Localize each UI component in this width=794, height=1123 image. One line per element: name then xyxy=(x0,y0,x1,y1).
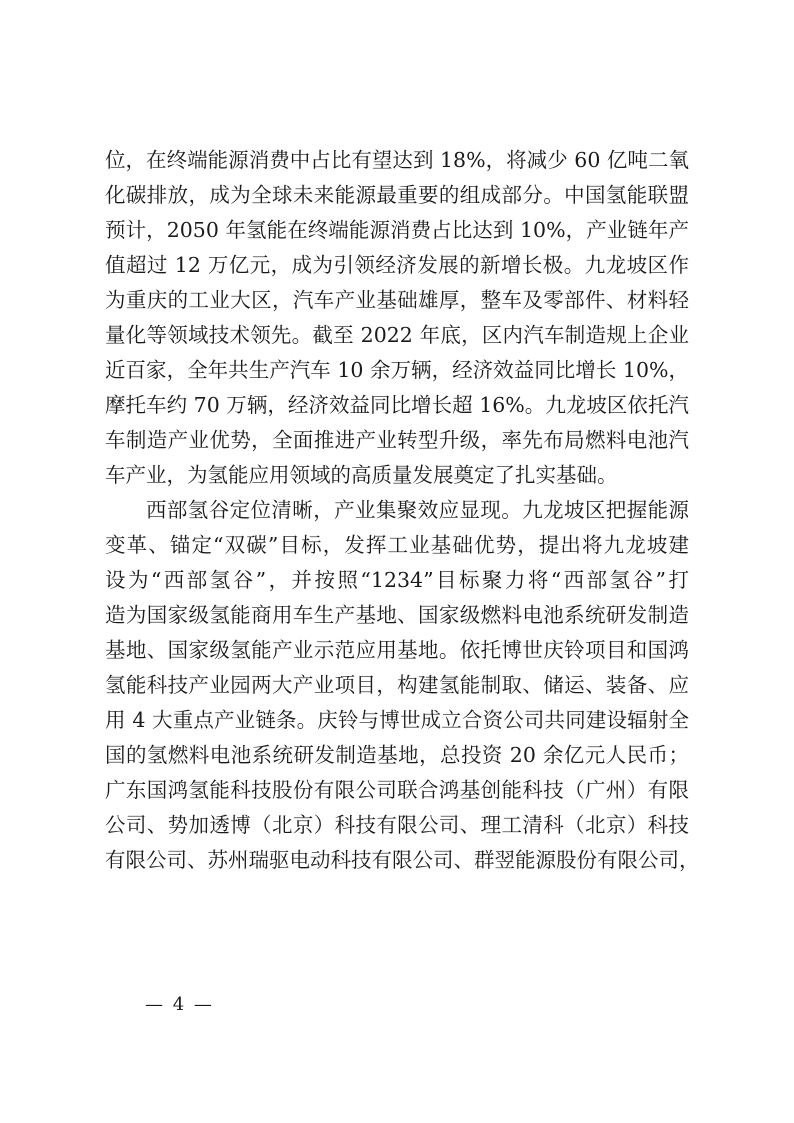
text-line: 有限公司、苏州瑞驱电动科技有限公司、群翌能源股份有限公司， xyxy=(105,843,689,878)
text-line: 摩托车约 70 万辆，经济效益同比增长超 16%。九龙坡区依托汽 xyxy=(105,388,689,423)
text-line: 量化等领域技术领先。截至 2022 年底，区内汽车制造规上企业 xyxy=(105,318,689,353)
text-line: 位，在终端能源消费中占比有望达到 18%，将减少 60 亿吨二氧 xyxy=(105,143,689,178)
text-line: 车产业，为氢能应用领域的高质量发展奠定了扎实基础。 xyxy=(105,458,689,493)
paragraph-1: 位，在终端能源消费中占比有望达到 18%，将减少 60 亿吨二氧 化碳排放，成为… xyxy=(105,143,689,493)
text-line: 西部氢谷定位清晰，产业集聚效应显现。九龙坡区把握能源 xyxy=(105,493,689,528)
text-line: 化碳排放，成为全球未来能源最重要的组成部分。中国氢能联盟 xyxy=(105,178,689,213)
text-line: 氢能科技产业园两大产业项目，构建氢能制取、储运、装备、应 xyxy=(105,668,689,703)
text-line: 变革、锚定“双碳”目标，发挥工业基础优势，提出将九龙坡建 xyxy=(105,528,689,563)
text-line: 近百家，全年共生产汽车 10 余万辆，经济效益同比增长 10%， xyxy=(105,353,689,388)
text-line: 值超过 12 万亿元，成为引领经济发展的新增长极。九龙坡区作 xyxy=(105,248,689,283)
text-line: 基地、国家级氢能产业示范应用基地。依托博世庆铃项目和国鸿 xyxy=(105,633,689,668)
text-line: 国的氢燃料电池系统研发制造基地，总投资 20 余亿元人民币； xyxy=(105,738,689,773)
text-line: 广东国鸿氢能科技股份有限公司联合鸿基创能科技（广州）有限 xyxy=(105,773,689,808)
text-line: 设为“西部氢谷”，并按照“1234”目标聚力将“西部氢谷”打 xyxy=(105,563,689,598)
text-line: 为重庆的工业大区，汽车产业基础雄厚，整车及零部件、材料轻 xyxy=(105,283,689,318)
text-line: 车制造产业优势，全面推进产业转型升级，率先布局燃料电池汽 xyxy=(105,423,689,458)
text-line: 公司、势加透博（北京）科技有限公司、理工清科（北京）科技 xyxy=(105,808,689,843)
paragraph-2: 西部氢谷定位清晰，产业集聚效应显现。九龙坡区把握能源 变革、锚定“双碳”目标，发… xyxy=(105,493,689,878)
page-number: — 4 — xyxy=(145,994,214,1015)
text-line: 预计，2050 年氢能在终端能源消费占比达到 10%，产业链年产 xyxy=(105,213,689,248)
text-line: 用 4 大重点产业链条。庆铃与博世成立合资公司共同建设辐射全 xyxy=(105,703,689,738)
document-body: 位，在终端能源消费中占比有望达到 18%，将减少 60 亿吨二氧 化碳排放，成为… xyxy=(105,143,689,878)
text-line: 造为国家级氢能商用车生产基地、国家级燃料电池系统研发制造 xyxy=(105,598,689,633)
